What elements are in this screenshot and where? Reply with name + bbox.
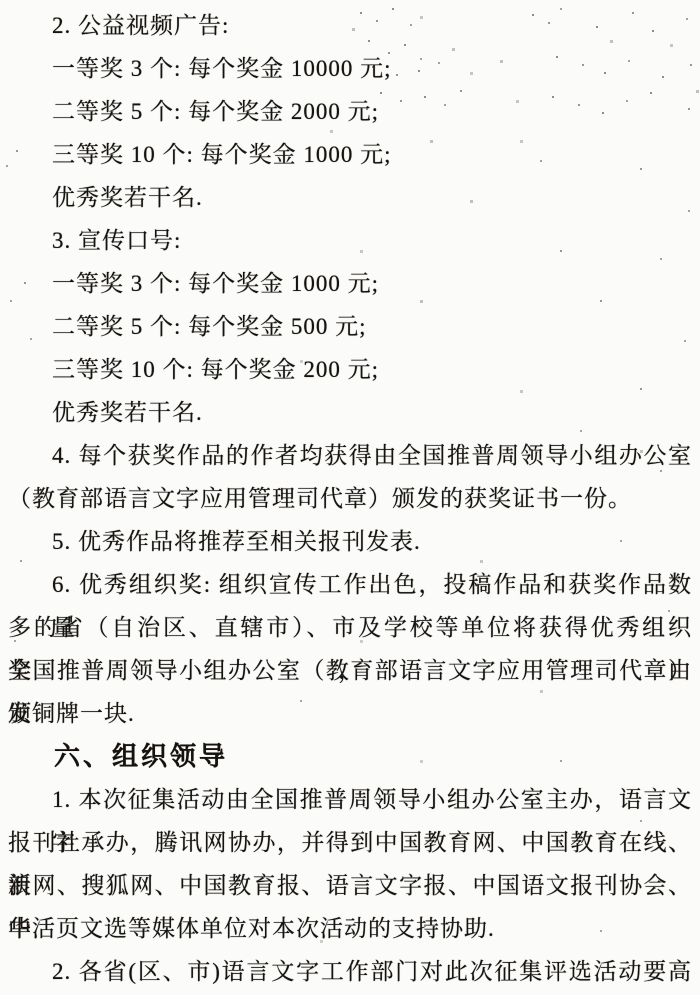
text-line: 优秀奖若干名. [8,391,692,434]
scanned-document-page: 2. 公益视频广告:一等奖 3 个: 每个奖金 10000 元;二等奖 5 个:… [0,0,700,995]
text-line: 3. 宣传口号: [8,219,692,262]
text-line: 2. 各省(区、市)语言文字工作部门对此次征集评选活动要高度 [8,950,692,993]
text-line: 多的省（自治区、直辖市）、市及学校等单位将获得优秀组织奖，由 [8,606,692,649]
text-line: 浪网、搜狐网、中国教育报、语言文字报、中国语文报刊协会、中 [8,864,692,907]
text-line: 三等奖 10 个: 每个奖金 1000 元; [8,133,692,176]
text-line: 报刊社承办，腾讯网协办，并得到中国教育网、中国教育在线、新 [8,821,692,864]
document-body: 2. 公益视频广告:一等奖 3 个: 每个奖金 10000 元;二等奖 5 个:… [8,4,692,993]
text-line: 5. 优秀作品将推荐至相关报刊发表. [8,520,692,563]
text-line: （教育部语言文字应用管理司代章）颁发的获奖证书一份。 [8,477,692,520]
text-line: 二等奖 5 个: 每个奖金 2000 元; [8,90,692,133]
text-line: 一等奖 3 个: 每个奖金 10000 元; [8,47,692,90]
text-line: 三等奖 10 个: 每个奖金 200 元; [8,348,692,391]
text-line: 优秀奖若干名. [8,176,692,219]
text-line: 1. 本次征集活动由全国推普周领导小组办公室主办，语言文字 [8,778,692,821]
text-line: 华活页文选等媒体单位对本次活动的支持协助. [8,907,692,950]
text-line: 6. 优秀组织奖: 组织宣传工作出色，投稿作品和获奖作品数量 [8,563,692,606]
section-heading: 六、组织领导 [8,735,692,778]
text-line: 2. 公益视频广告: [8,4,692,47]
scan-noise-speckles-light [0,0,3,3]
text-line: 二等奖 5 个: 每个奖金 500 元; [8,305,692,348]
text-line: 4. 每个获奖作品的作者均获得由全国推普周领导小组办公室 [8,434,692,477]
text-line: 发铜牌一块. [8,692,692,735]
text-line: 一等奖 3 个: 每个奖金 1000 元; [8,262,692,305]
text-line: 全国推普周领导小组办公室（教育部语言文字应用管理司代章）颁 [8,649,692,692]
